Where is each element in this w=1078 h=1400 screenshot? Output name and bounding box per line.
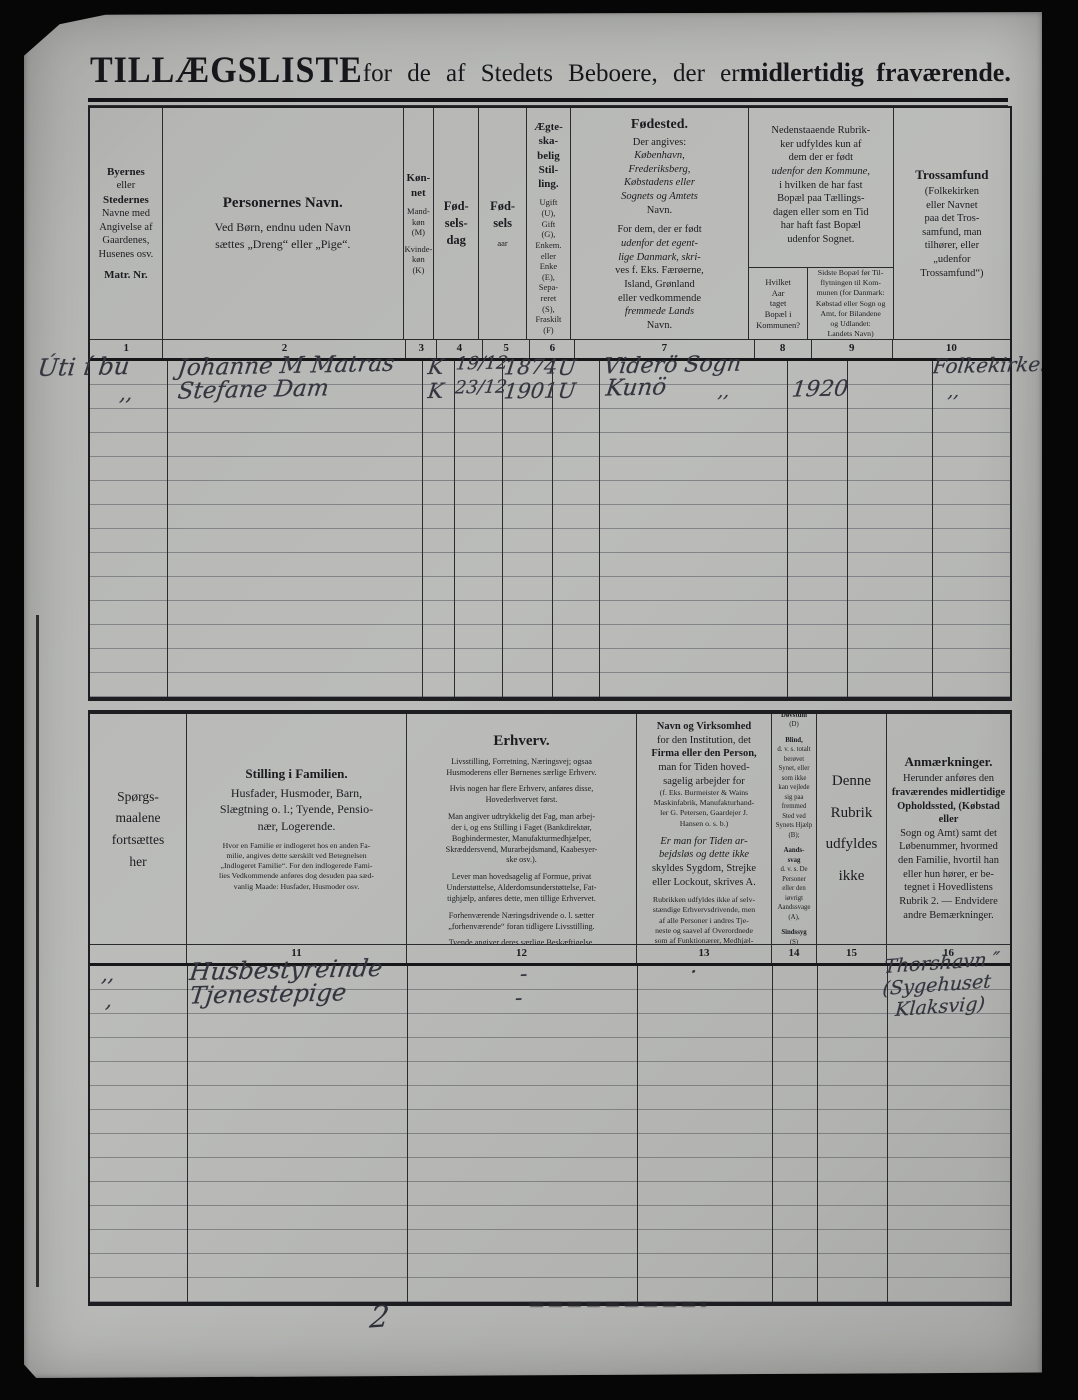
header-name: Personernes Navn.Ved Børn, endnu uden Na… (163, 108, 404, 339)
header-place: ByernesellerStedernesNavne medAngivelse … (90, 108, 163, 339)
entry-r1-religion: Folkekirken (931, 352, 1054, 379)
entry-r1-status: U (557, 356, 578, 380)
table-lower-header: Spørgs-maalenefortsættesher Stilling i F… (90, 714, 1010, 944)
col-number-8: 8 (755, 340, 812, 358)
table-lower: Spørgs-maalenefortsættesher Stilling i F… (88, 710, 1012, 1306)
header-family-position: Stilling i Familien.Husfader, Husmoder, … (187, 714, 407, 944)
header-continuation-stub: Spørgs-maalenefortsættesher (90, 714, 187, 944)
column-separator (167, 361, 168, 697)
table-upper: ByernesellerStedernesNavne medAngivelse … (88, 106, 1012, 701)
header-group-moved: Nedenstaaende Rubrik-ker udfyldes kun af… (749, 108, 894, 339)
paper-fold-shadow (36, 615, 39, 1287)
entry-r2-name: Stefane Dam (176, 375, 330, 404)
census-form-page: TILLÆGSLISTE for de af Stedets Beboere, … (24, 12, 1042, 1378)
title-word-tillaegsliste: TILLÆGSLISTE (90, 50, 363, 91)
column-separator (817, 966, 818, 1302)
column-separator (422, 361, 423, 697)
entry-r2-place-ditto: ,, (119, 381, 135, 405)
header-group-moved-note: Nedenstaaende Rubrik-ker udfyldes kun af… (749, 108, 893, 267)
table-upper-header: ByernesellerStedernesNavne medAngivelse … (90, 108, 1010, 339)
header-last-residence: Sidste Bopæl før Til-flytningen til Kom-… (808, 268, 892, 339)
column-separator (847, 361, 848, 697)
entry-r1-birth-day: 19/12 (455, 352, 510, 374)
entry-r1-sex: K (427, 355, 446, 379)
column-separator (599, 361, 600, 697)
entry-r2-moved-year: 1920 (790, 376, 849, 402)
title-middle: for de af Stedets Beboere, der er (363, 60, 740, 88)
col-number-13: 13 (637, 945, 772, 963)
header-employer: Navn og Virksomhedfor den Institution, d… (637, 714, 772, 944)
header-not-filled: DenneRubrikudfyldesikke (817, 714, 887, 944)
page-title: TILLÆGSLISTE for de af Stedets Beboere, … (90, 52, 1008, 90)
entry-r2-sex: K (427, 379, 446, 403)
entry2-remarks: Thorshavn ″ (Sygehuset Klaksvig) (880, 948, 1000, 1022)
header-birthplace: Fødested.Der angives:København,Frederiks… (571, 108, 749, 339)
scan-background: TILLÆGSLISTE for de af Stedets Beboere, … (0, 0, 1078, 1400)
header-religion: Trossamfund(Folkekirkeneller Navnetpaa d… (894, 108, 1010, 339)
col-number-stub (90, 945, 187, 963)
entry2-r1-occupation: - (518, 962, 528, 987)
col-number-12: 12 (407, 945, 637, 963)
column-separator (787, 361, 788, 697)
column-separator (187, 966, 188, 1302)
entry-r2-birthplace: Kunö (604, 374, 667, 401)
entry-r1-birth-year: 1874 (502, 354, 558, 379)
header-birth-year: Fød-selsaar (479, 108, 526, 339)
entry-r2-religion-ditto: ,, (947, 381, 961, 402)
header-remarks: Anmærkninger.Herunder anføres denfravære… (887, 714, 1010, 944)
col-number-9: 9 (812, 340, 893, 358)
header-disabilities: Døvstum(D)Blind,d. v. s. totaltberøvetSy… (772, 714, 817, 944)
printer-imprint (530, 1302, 706, 1307)
column-separator (407, 966, 408, 1302)
entry-r2-status: U (557, 379, 578, 403)
column-separator (772, 966, 773, 1302)
header-occupation: Erhverv.Livsstilling, Forretning, Næring… (407, 714, 637, 944)
page-number: 2 (368, 1299, 391, 1335)
entry2-r2-position: Tjenestepige (188, 978, 348, 1009)
header-sex: Køn-netMand-køn(M)Kvinde-køn(K) (404, 108, 434, 339)
header-marital-status: Ægte-ska-beligStil-ling.Ugift(U),Gift(G)… (527, 108, 571, 339)
col-number-15: 15 (817, 945, 887, 963)
column-separator (502, 361, 503, 697)
entry2-r2-stub-ditto: , (105, 988, 114, 1012)
entry-r1-place: Úti í bu (36, 352, 131, 382)
column-separator (637, 966, 638, 1302)
table-lower-rows: ,, Husbestyreinde - · , Tjenestepige - T… (90, 966, 1010, 1302)
entry-r2-birth-year: 1901 (502, 378, 558, 403)
title-rule (88, 98, 1008, 106)
title-emphasis: midlertidig fraværende. (740, 58, 1011, 88)
entry-r2-birthplace-ditto: ,, (717, 381, 731, 402)
column-separator (454, 361, 455, 697)
entry2-r1-employer: · (688, 960, 698, 985)
entry-r2-birth-day: 23/12 (454, 376, 509, 398)
table-upper-rows: Úti í bu Johanne M Matras K 19/12 1874 U… (90, 361, 1010, 697)
entry2-r2-occupation: - (513, 986, 523, 1011)
col-number-14: 14 (772, 945, 817, 963)
header-birth-day: Fød-sels-dag (434, 108, 479, 339)
column-separator (552, 361, 553, 697)
header-year-moved: HvilketAartagetBopæl iKommunen? (749, 268, 809, 339)
column-separator (932, 361, 933, 697)
entry2-r1-stub-ditto: ,, (101, 962, 117, 986)
